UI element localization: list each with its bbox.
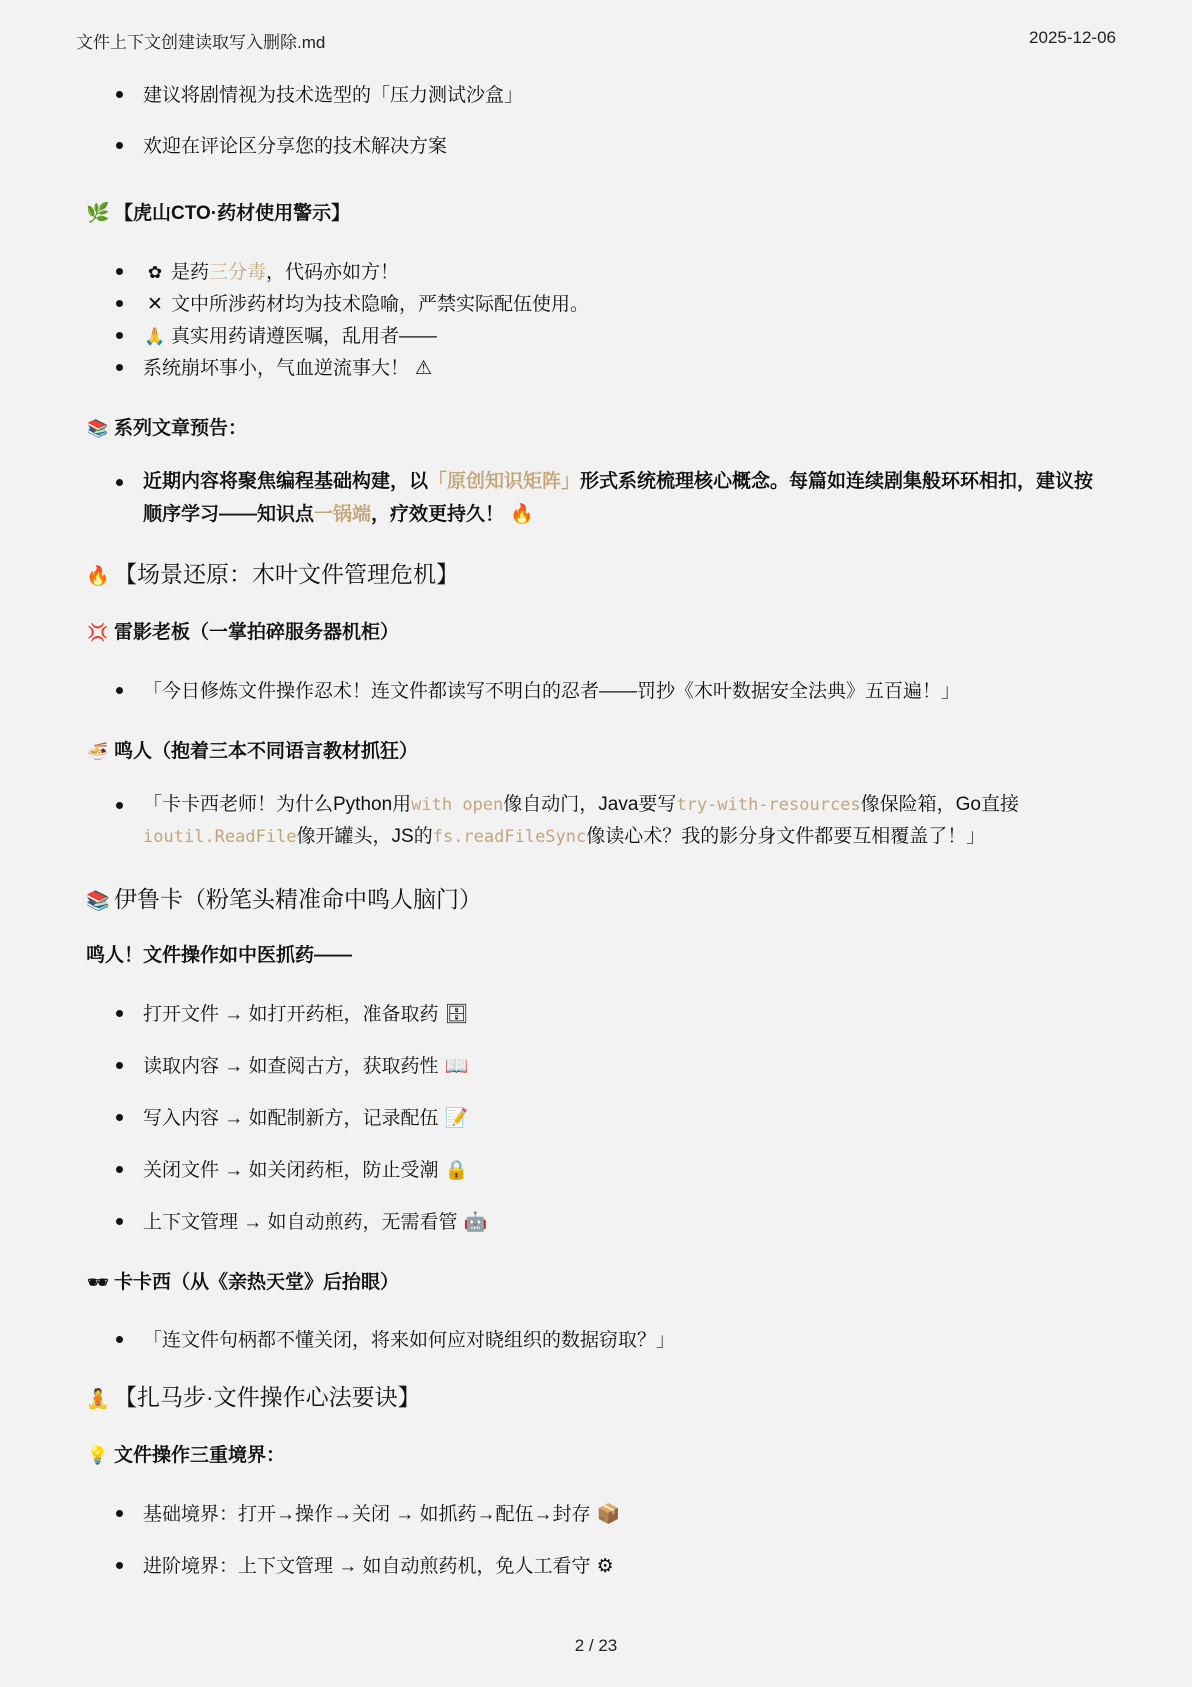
text: 基础境界：打开→操作→关闭 → 如抓药→配伍→封存 (143, 1504, 591, 1525)
pray-icon: 🙏 (143, 327, 167, 347)
text: 系统崩坏事小，气血逆流事大！ (143, 358, 409, 379)
text: 真实用药请遵医嘱，乱用者—— (171, 326, 437, 347)
text: 打开文件 → 如打开药柜，准备取药 (143, 1004, 439, 1025)
scene-heading: 🔥【场景还原：木叶文件管理危机】 (86, 556, 459, 589)
text: 写入内容 → 如配制新方，记录配伍 (143, 1108, 439, 1129)
text: ，疗效更持久！ (371, 504, 504, 525)
heading-text: 系列文章预告： (114, 418, 247, 439)
ramen-icon: 🍜 (86, 742, 110, 762)
text: 进阶境界：上下文管理 → 如自动煎药机，免人工看守 (143, 1556, 591, 1577)
list-item: 近期内容将聚焦编程基础构建，以「原创知识矩阵」形式系统梳理核心概念。每篇如连续剧… (116, 466, 1103, 531)
list-item: 上下文管理 → 如自动煎药，无需看管🤖 (116, 1207, 487, 1234)
list-item: 🙏真实用药请遵医嘱，乱用者—— (116, 321, 437, 348)
list-item: ✿是药三分毒，代码亦如方！ (116, 257, 399, 284)
list-item: 「今日修炼文件操作忍术！连文件都读写不明白的忍者——罚抄《木叶数据安全法典》五百… (116, 676, 960, 703)
warning-heading: 🌿【虎山CTO·药材使用警示】 (86, 198, 350, 225)
iruka-subtitle: 鸣人！文件操作如中医抓药—— (86, 940, 352, 967)
inline-code: ioutil.ReadFile (143, 827, 297, 847)
page-header: 文件上下文创建读取写入删除.md 2025-12-06 (76, 28, 1116, 53)
text: 上下文管理 → 如自动煎药，无需看管 (143, 1212, 458, 1233)
iruka-heading: 📚伊鲁卡（粉笔头精准命中鸣人脑门） (86, 881, 482, 914)
list-item: 读取内容 → 如查阅古方，获取药性📖 (116, 1051, 468, 1078)
text: 是药 (171, 262, 209, 283)
heading-text: 卡卡西（从《亲热天堂》后抬眼） (114, 1272, 399, 1293)
sunglasses-icon: 🕶 (86, 1273, 110, 1293)
quote-text: 「今日修炼文件操作忍术！连文件都读写不明白的忍者——罚抄《木叶数据安全法典》五百… (143, 681, 960, 702)
document-date: 2025-12-06 (1029, 28, 1116, 53)
herb-icon: 🌿 (86, 201, 110, 224)
text: 近期内容将聚焦编程基础构建，以 (143, 471, 428, 492)
text: 读取内容 → 如查阅古方，获取药性 (143, 1056, 439, 1077)
inline-code: with open (411, 795, 503, 815)
heading-text: 雷影老板（一掌拍碎服务器机柜） (114, 622, 399, 643)
warning-icon: ⚠ (415, 357, 432, 379)
realms-heading: 💡文件操作三重境界： (86, 1440, 285, 1467)
heading-text: 文件操作三重境界： (114, 1445, 285, 1466)
naruto-heading: 🍜鸣人（抱着三本不同语言教材抓狂） (86, 736, 418, 763)
text: 文中所涉药材均为技术隐喻，严禁实际配伍使用。 (171, 294, 589, 315)
list-item: 关闭文件 → 如关闭药柜，防止受潮🔒 (116, 1155, 468, 1182)
kakashi-heading: 🕶卡卡西（从《亲热天堂》后抬眼） (86, 1267, 399, 1294)
text: 像保险箱，Go直接 (861, 794, 1019, 815)
list-item: 基础境界：打开→操作→关闭 → 如抓药→配伍→封存📦 (116, 1499, 620, 1526)
meditation-icon: 🧘 (86, 1387, 110, 1410)
list-item: 打开文件 → 如打开药柜，准备取药🗄 (116, 999, 469, 1026)
text: 关闭文件 → 如关闭药柜，防止受潮 (143, 1160, 439, 1181)
leiying-heading: 💢雷影老板（一掌拍碎服务器机柜） (86, 617, 399, 644)
text: 像读心术？我的影分身文件都要互相覆盖了！」 (586, 826, 985, 847)
package-icon: 📦 (597, 1503, 621, 1525)
books-icon: 📚 (86, 419, 110, 439)
memo-icon: 📝 (445, 1107, 469, 1129)
text: 「卡卡西老师！为什么Python用 (143, 794, 411, 815)
rosette-icon: ✿ (143, 263, 167, 283)
mantra-heading: 🧘【扎马步·文件操作心法要诀】 (86, 1379, 421, 1412)
list-item: 欢迎在评论区分享您的技术解决方案 (116, 131, 447, 158)
text: 像自动门，Java要写 (503, 794, 676, 815)
list-item: 系统崩坏事小，气血逆流事大！⚠ (116, 353, 432, 380)
series-heading: 📚系列文章预告： (86, 413, 247, 440)
heading-text: 【扎马步·文件操作心法要诀】 (114, 1384, 421, 1410)
anger-icon: 💢 (86, 623, 110, 643)
highlight-text: 一锅端 (314, 504, 371, 525)
text: 像开罐头，JS的 (297, 826, 433, 847)
fire-icon: 🔥 (510, 503, 534, 525)
books-icon: 📚 (86, 889, 110, 912)
open-book-icon: 📖 (445, 1055, 469, 1077)
list-item: 进阶境界：上下文管理 → 如自动煎药机，免人工看守⚙ (116, 1551, 614, 1578)
list-item: 写入内容 → 如配制新方，记录配伍📝 (116, 1103, 468, 1130)
file-cabinet-icon: 🗄 (445, 1003, 469, 1025)
highlight-text: 三分毒 (209, 262, 266, 283)
lightbulb-icon: 💡 (86, 1446, 110, 1466)
fire-icon: 🔥 (86, 564, 110, 587)
list-item: 「连文件句柄都不懂关闭，将来如何应对晓组织的数据窃取？」 (116, 1325, 675, 1352)
list-item: 「卡卡西老师！为什么Python用with open像自动门，Java要写try… (116, 789, 1103, 853)
subtitle-text: 鸣人！文件操作如中医抓药—— (86, 945, 352, 966)
list-item: ✕文中所涉药材均为技术隐喻，严禁实际配伍使用。 (116, 289, 589, 316)
list-item-text: 建议将剧情视为技术选型的「压力测试沙盒」 (143, 85, 523, 106)
gear-icon: ⚙ (597, 1555, 614, 1577)
text: ，代码亦如方！ (266, 262, 399, 283)
inline-code: try-with-resources (676, 795, 860, 815)
quote-text: 「连文件句柄都不懂关闭，将来如何应对晓组织的数据窃取？」 (143, 1330, 675, 1351)
page-number: 2 / 23 (0, 1636, 1192, 1656)
heading-text: 【虎山CTO·药材使用警示】 (114, 203, 350, 224)
lock-icon: 🔒 (445, 1159, 469, 1181)
cross-mark-icon: ✕ (143, 293, 167, 315)
list-item: 建议将剧情视为技术选型的「压力测试沙盒」 (116, 80, 523, 107)
document-filename: 文件上下文创建读取写入删除.md (76, 28, 325, 53)
heading-text: 鸣人（抱着三本不同语言教材抓狂） (114, 741, 418, 762)
heading-text: 伊鲁卡（粉笔头精准命中鸣人脑门） (114, 886, 482, 912)
inline-code: fs.readFileSync (433, 827, 587, 847)
highlight-text: 「原创知识矩阵」 (428, 471, 580, 492)
list-item-text: 欢迎在评论区分享您的技术解决方案 (143, 136, 447, 157)
heading-text: 【场景还原：木叶文件管理危机】 (114, 561, 459, 587)
robot-icon: 🤖 (464, 1211, 488, 1233)
